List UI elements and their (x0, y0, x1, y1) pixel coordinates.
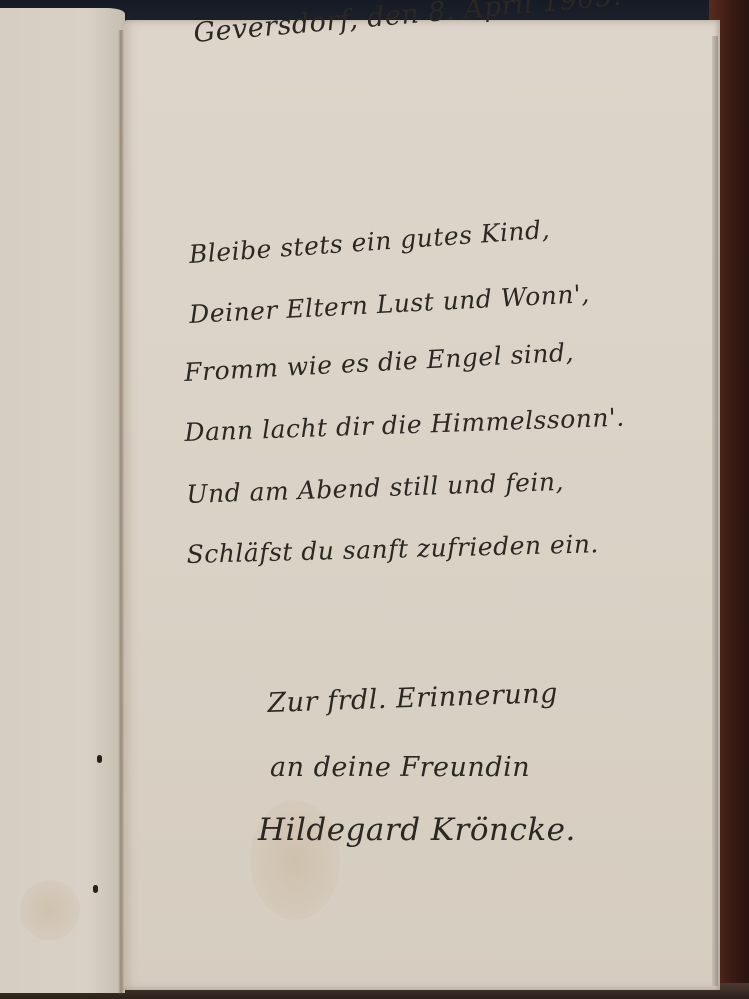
page-stack-edge (712, 36, 718, 986)
paper-stain (20, 880, 80, 940)
binding-stitch-hole (93, 885, 98, 893)
binding-gutter (118, 30, 124, 995)
signature: Hildegard Kröncke. (258, 812, 576, 848)
closing-line-2: an deine Freundin (270, 752, 530, 783)
left-page-blank (0, 8, 125, 993)
binding-stitch-hole (97, 755, 102, 763)
photo-of-open-album: Geversdorf, den 8. April 1905. Bleibe st… (0, 0, 749, 999)
